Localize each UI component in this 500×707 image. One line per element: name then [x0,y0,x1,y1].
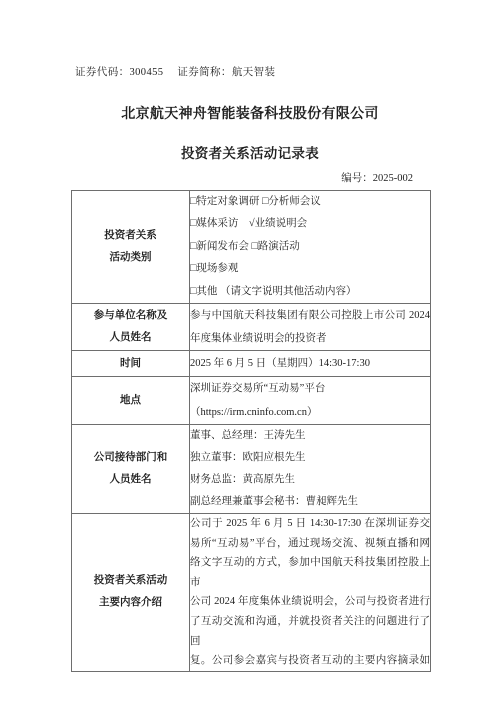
document-number: 编号：2025-002 [71,172,427,186]
document-title: 投资者关系活动记录表 [0,142,500,162]
checkbox-line: □新闻发布会 □路演活动 [190,236,430,258]
content-line: 公司于 2025 年 6 月 5 日 14:30-17:30 在深圳证券交 [190,514,430,534]
content-line: 2025 年 6 月 5 日（星期四）14:30-17:30 [190,351,430,376]
content-line: 参与中国航天科技集团有限公司控股上市公司 2024 [190,304,430,327]
label-line: 参与单位名称及 [72,305,189,327]
document-page: 证券代码：300455 证券简称：航天智装 北京航天神舟智能装备科技股份有限公司… [0,0,500,707]
content-line: 深圳证券交易所“互动易”平台 [190,377,430,401]
row-content-main-content: 公司于 2025 年 6 月 5 日 14:30-17:30 在深圳证券交 易所… [190,514,431,672]
company-title: 北京航天神舟智能装备科技股份有限公司 [0,103,500,123]
content-line: 年度集体业绩说明会的投资者 [190,327,430,350]
content-line: 独立董事：欧阳应根先生 [190,447,430,469]
label-line: 人员姓名 [72,327,189,349]
label-line: 主要内容介绍 [72,592,189,614]
label-line: 地点 [72,390,189,412]
label-line: 投资者关系活动 [72,570,189,592]
table-row-main-content: 投资者关系活动 主要内容介绍 公司于 2025 年 6 月 5 日 14:30-… [72,514,431,672]
row-content-activity-type: □特定对象调研 □分析师会议 □媒体采访 √业绩说明会 □新闻发布会 □路演活动… [190,191,431,304]
table-row-time: 时间 2025 年 6 月 5 日（星期四）14:30-17:30 [72,351,431,377]
content-line: 了互动交流和沟通，并就投资者关注的问题进行了回 [190,612,430,651]
row-label-company-reception: 公司接待部门和 人员姓名 [72,425,190,514]
row-content-participants: 参与中国航天科技集团有限公司控股上市公司 2024 年度集体业绩说明会的投资者 [190,304,431,351]
label-line: 投资者关系 [72,225,189,247]
row-content-time: 2025 年 6 月 5 日（星期四）14:30-17:30 [190,351,431,377]
row-content-location: 深圳证券交易所“互动易”平台 （https://irm.cninfo.com.c… [190,377,431,425]
label-line: 活动类别 [72,247,189,269]
content-line: 财务总监：黄高原先生 [190,469,430,491]
label-line: 人员姓名 [72,469,189,491]
row-label-location: 地点 [72,377,190,425]
content-line: 络文字互动的方式，参加中国航天科技集团控股上市 [190,553,430,592]
table-row-location: 地点 深圳证券交易所“互动易”平台 （https://irm.cninfo.co… [72,377,431,425]
content-line: 易所“互动易”平台，通过现场交流、视频直播和网 [190,534,430,554]
content-line: 复。公司参会嘉宾与投资者互动的主要内容摘录如 [190,651,430,671]
content-line: 副总经理兼董事会秘书：曹昶辉先生 [190,491,430,513]
row-content-company-reception: 董事、总经理：王涛先生 独立董事：欧阳应根先生 财务总监：黄高原先生 副总经理兼… [190,425,431,514]
checkbox-line: □现场参观 [190,258,430,280]
row-label-participants: 参与单位名称及 人员姓名 [72,304,190,351]
row-label-time: 时间 [72,351,190,377]
securities-info-line: 证券代码：300455 证券简称：航天智装 [75,66,275,80]
table-row-activity-type: 投资者关系 活动类别 □特定对象调研 □分析师会议 □媒体采访 √业绩说明会 □… [72,191,431,304]
label-line: 公司接待部门和 [72,447,189,469]
row-label-main-content: 投资者关系活动 主要内容介绍 [72,514,190,672]
record-table: 投资者关系 活动类别 □特定对象调研 □分析师会议 □媒体采访 √业绩说明会 □… [71,190,431,672]
platform-url-text: （https://irm.cninfo.com.cn） [190,401,430,425]
checkbox-line: □媒体采访 √业绩说明会 [190,213,430,235]
checkbox-line: □特定对象调研 □分析师会议 [190,191,430,213]
table-row-company-reception: 公司接待部门和 人员姓名 董事、总经理：王涛先生 独立董事：欧阳应根先生 财务总… [72,425,431,514]
checkbox-line: □其他 （请文字说明其他活动内容） [190,281,430,303]
content-line: 公司 2024 年度集体业绩说明会，公司与投资者进行 [190,592,430,612]
label-line: 时间 [72,353,189,375]
content-line: 董事、总经理：王涛先生 [190,425,430,447]
table-row-participants: 参与单位名称及 人员姓名 参与中国航天科技集团有限公司控股上市公司 2024 年… [72,304,431,351]
row-label-activity-type: 投资者关系 活动类别 [72,191,190,304]
